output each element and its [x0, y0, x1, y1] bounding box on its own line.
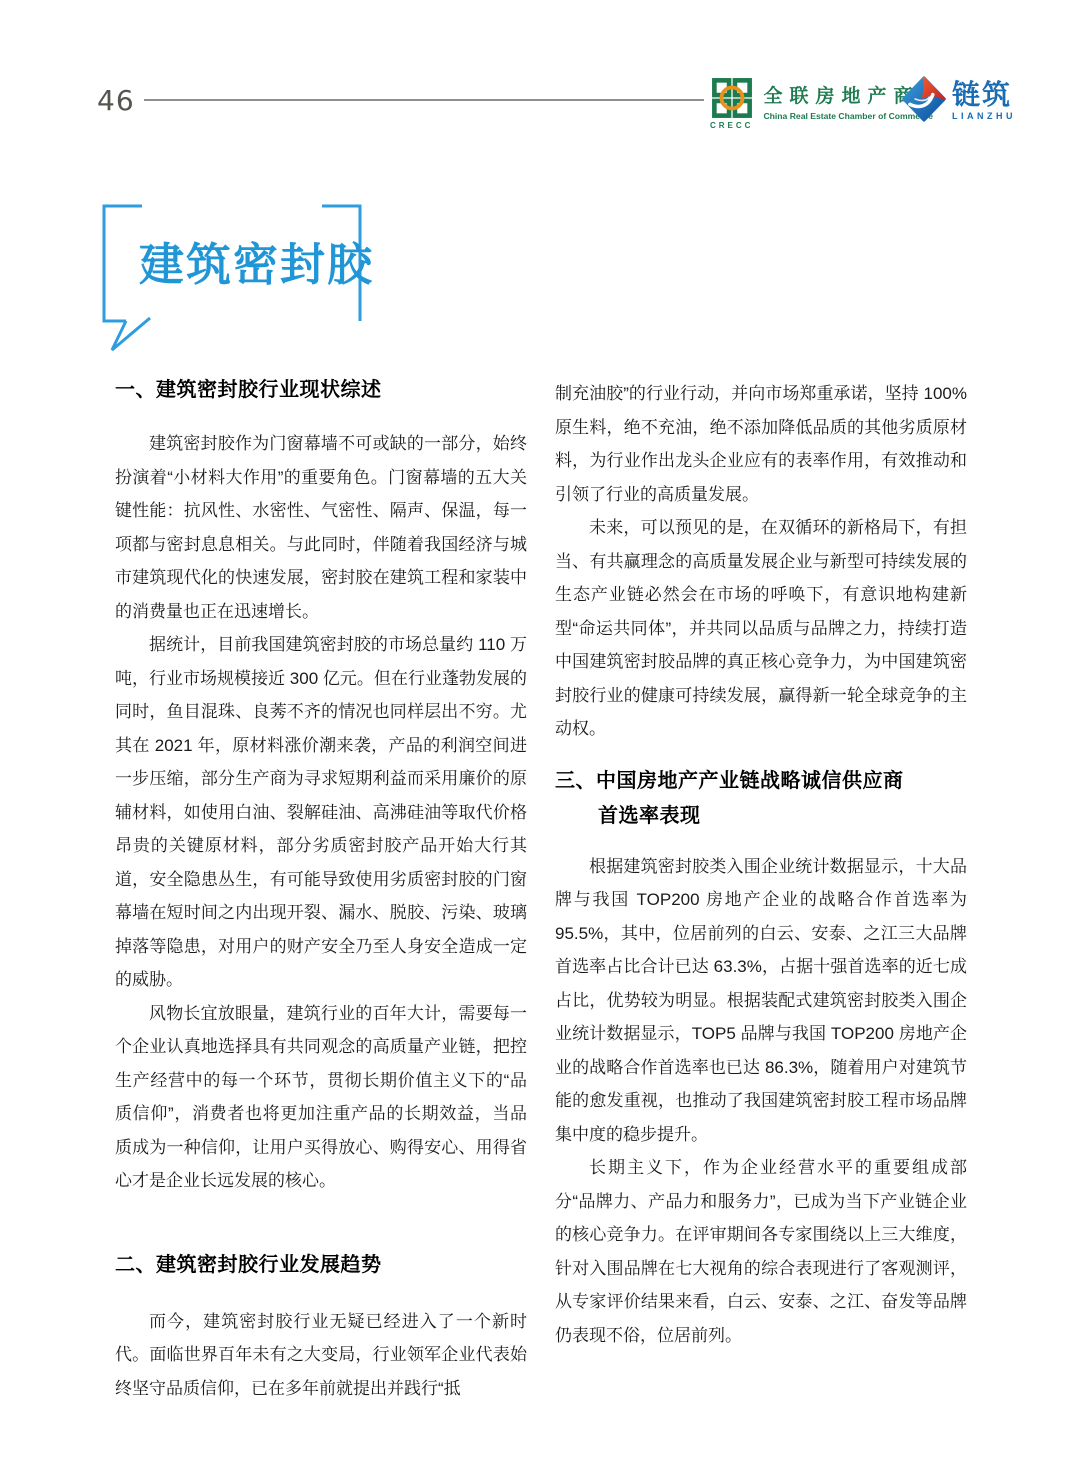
chapter-title-block: 建筑密封胶 [102, 204, 364, 354]
section-heading-3-line2: 首选率表现 [555, 805, 701, 827]
paragraph-7: 根据建筑密封胶类入围企业统计数据显示，十大品牌与我国 TOP200 房地产企业的… [555, 850, 967, 1152]
paragraph-2: 据统计，目前我国建筑密封胶的市场总量约 110 万吨，行业市场规模接近 300 … [115, 628, 527, 997]
section-heading-1: 一、建筑密封胶行业现状综述 [115, 377, 527, 404]
crecc-acronym: CRECC [710, 121, 753, 130]
right-column: 制充油胶”的行业行动，并向市场郑重承诺，坚持 100% 原生料，绝不充油，绝不添… [555, 377, 967, 1352]
crecc-icon [711, 77, 753, 119]
lianzhu-icon [902, 76, 946, 122]
paragraph-6: 未来，可以预见的是，在双循环的新格局下，有担当、有共赢理念的高质量发展企业与新型… [555, 511, 967, 746]
paragraph-4: 而今，建筑密封胶行业无疑已经进入了一个新时代。面临世界百年未有之大变局，行业领军… [115, 1305, 527, 1406]
lianzhu-logo: 链筑 LIANZHU [902, 76, 1016, 122]
section-heading-2: 二、建筑密封胶行业发展趋势 [115, 1252, 527, 1279]
paragraph-1: 建筑密封胶作为门窗幕墙不可或缺的一部分，始终扮演着“小材料大作用”的重要角色。门… [115, 427, 527, 628]
section-heading-3-line1: 三、中国房地产产业链战略诚信供应商 [555, 770, 904, 792]
document-page: 46 CRECC 全联房地产商会 China Real Estate Chamb… [0, 0, 1075, 1459]
section-heading-3: 三、中国房地产产业链战略诚信供应商首选率表现 [555, 764, 967, 834]
page-number: 46 [97, 84, 135, 117]
left-column: 一、建筑密封胶行业现状综述 建筑密封胶作为门窗幕墙不可或缺的一部分，始终扮演着“… [115, 377, 527, 1405]
paragraph-5: 制充油胶”的行业行动，并向市场郑重承诺，坚持 100% 原生料，绝不充油，绝不添… [555, 377, 967, 511]
paragraph-3: 风物长宜放眼量，建筑行业的百年大计，需要每一个企业认真地选择具有共同观念的高质量… [115, 997, 527, 1198]
paragraph-8: 长期主义下，作为企业经营水平的重要组成部分“品牌力、产品力和服务力”，已成为当下… [555, 1151, 967, 1352]
header-rule [144, 99, 704, 101]
chapter-title: 建筑密封胶 [139, 228, 374, 293]
lianzhu-name-cn: 链筑 [952, 80, 1016, 109]
lianzhu-name-en: LIANZHU [952, 111, 1016, 121]
